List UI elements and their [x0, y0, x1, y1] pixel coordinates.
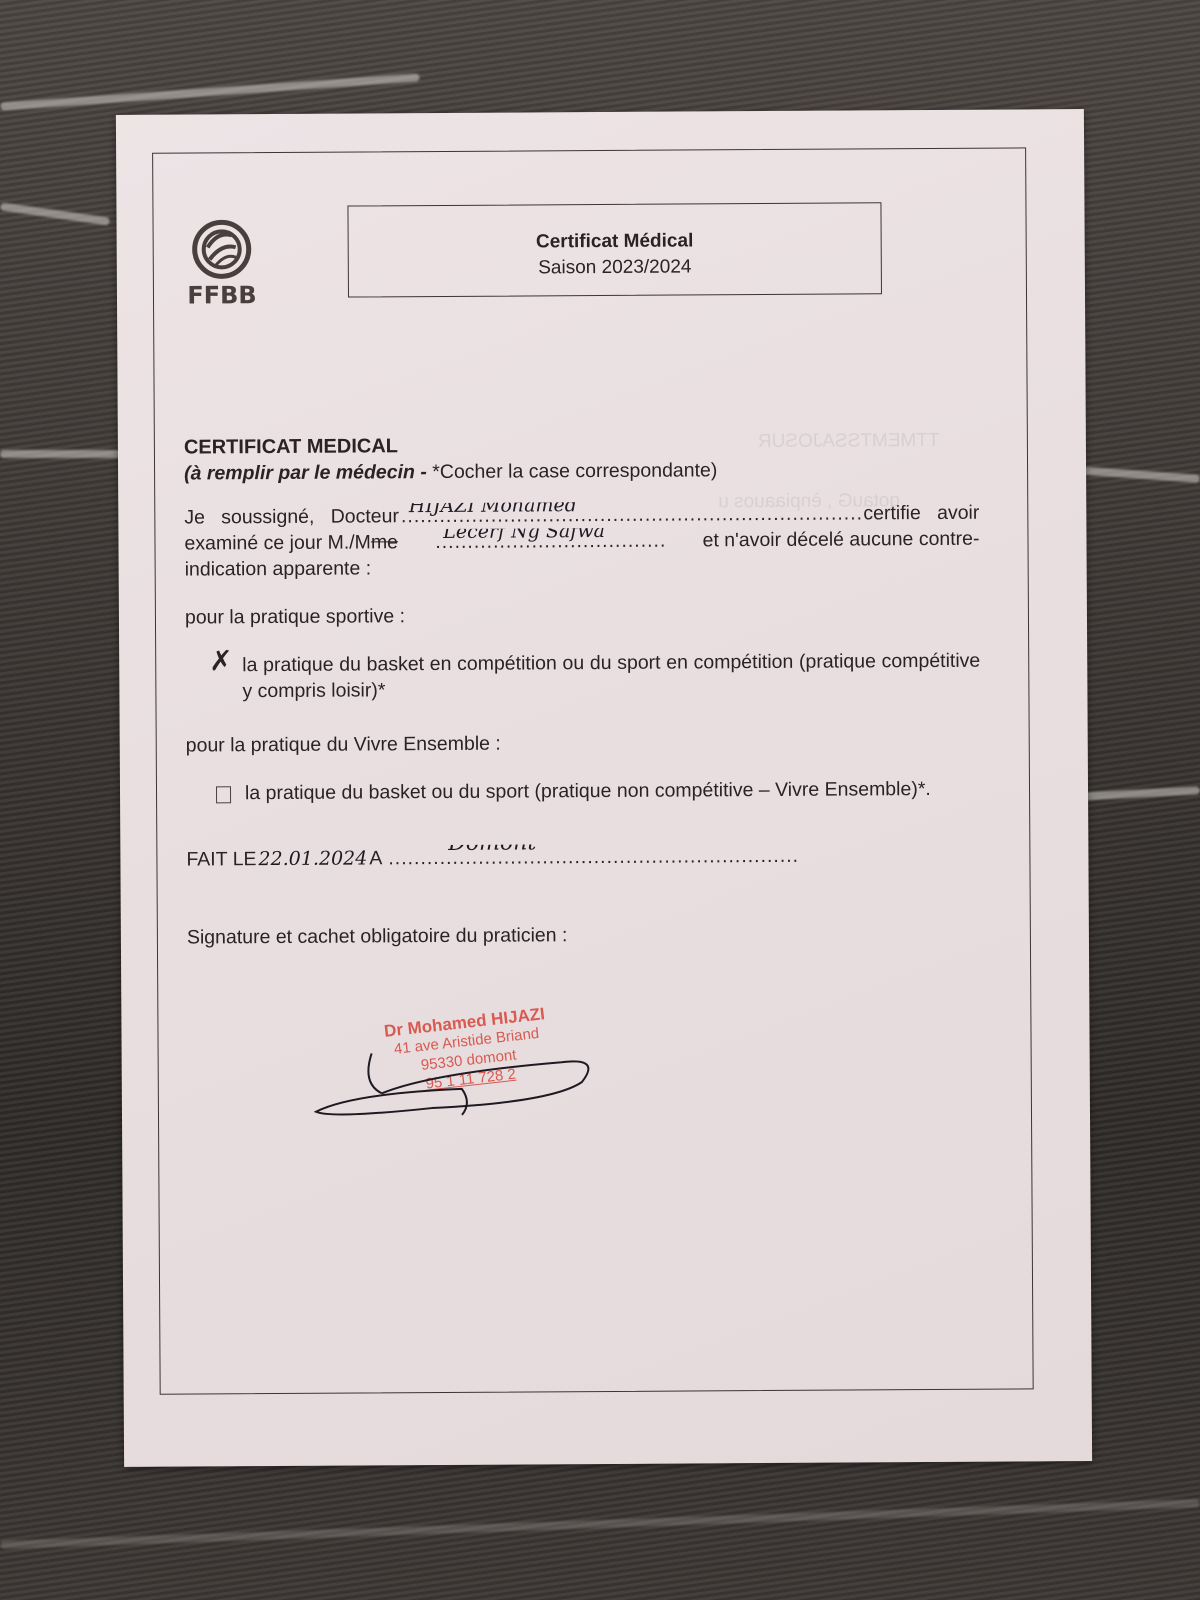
patient-name-field[interactable]: Lecerf Ng Safwa — [435, 528, 665, 555]
place-handwritten: Domont — [448, 843, 536, 857]
declaration-line-1: Je soussigné, Docteur HIJAZI Mohamed cer… — [184, 500, 979, 531]
declaration-no-contraindication: et n'avoir décelé aucune contre- — [703, 526, 980, 554]
certificate-subheading: (à remplir par le médecin - *Cocher la c… — [184, 456, 979, 487]
background-fabric-stripe — [0, 202, 110, 225]
fait-le-line: FAIT LE 22.01.2024 A Domont — [186, 843, 796, 873]
place-label: A — [369, 845, 382, 871]
option-competition-text: la pratique du basket en compétition ou … — [242, 648, 980, 705]
declaration-certifie-label: certifie avoir — [863, 500, 979, 527]
section-vivre-ensemble-label: pour la pratique du Vivre Ensemble : — [186, 728, 981, 759]
fait-le-label: FAIT LE — [186, 846, 256, 872]
checkbox-competition-checked[interactable] — [215, 658, 228, 673]
certificate-body: CERTIFICAT MEDICAL (à remplir par le méd… — [184, 430, 982, 951]
header-title: Certificat Médical — [349, 229, 881, 254]
subheading-rest: *Cocher la case correspondante) — [427, 459, 718, 483]
header-season: Saison 2023/2024 — [349, 255, 881, 280]
declaration-line-3: indication apparente : — [185, 552, 980, 583]
ffbb-logo: FFBB — [187, 219, 258, 309]
basketball-icon — [192, 219, 252, 279]
patient-name-handwritten: Lecerf Ng Safwa — [443, 528, 605, 545]
date-handwritten[interactable]: 22.01.2024 — [258, 845, 367, 872]
option-competition: la pratique du basket en compétition ou … — [185, 648, 980, 705]
background-fabric-stripe — [0, 1499, 1200, 1549]
header-title-box: Certificat Médical Saison 2023/2024 — [347, 202, 882, 297]
declaration-patient-label: examiné ce jour M./Mme — [184, 529, 398, 556]
logo-text: FFBB — [187, 281, 257, 309]
doctor-name-handwritten: HIJAZI Mohamed — [409, 500, 577, 519]
certificate-paper: TTMEMTSSAJOSUR qotauG , ènpiaauos u FFBB… — [116, 109, 1092, 1467]
checkbox-vivre-ensemble[interactable] — [216, 786, 231, 803]
declaration-doctor-label: Je soussigné, Docteur — [184, 503, 399, 530]
signature-label: Signature et cachet obligatoire du prati… — [187, 920, 982, 951]
option-vivre-ensemble: la pratique du basket ou du sport (prati… — [186, 776, 981, 807]
section-sport-label: pour la pratique sportive : — [185, 600, 980, 631]
background-fabric-stripe — [0, 73, 420, 110]
place-field[interactable]: Domont — [388, 843, 796, 871]
declaration-paragraph: Je soussigné, Docteur HIJAZI Mohamed cer… — [184, 500, 979, 583]
subheading-italic: (à remplir par le médecin - — [184, 461, 427, 484]
background-fabric-stripe — [0, 450, 120, 458]
signature-scribble-icon — [311, 1022, 602, 1124]
doctor-name-field[interactable]: HIJAZI Mohamed — [401, 500, 862, 529]
declaration-line-2: examiné ce jour M./Mme Lecerf Ng Safwa e… — [184, 526, 979, 557]
option-vivre-ensemble-text: la pratique du basket ou du sport (prati… — [245, 776, 931, 806]
